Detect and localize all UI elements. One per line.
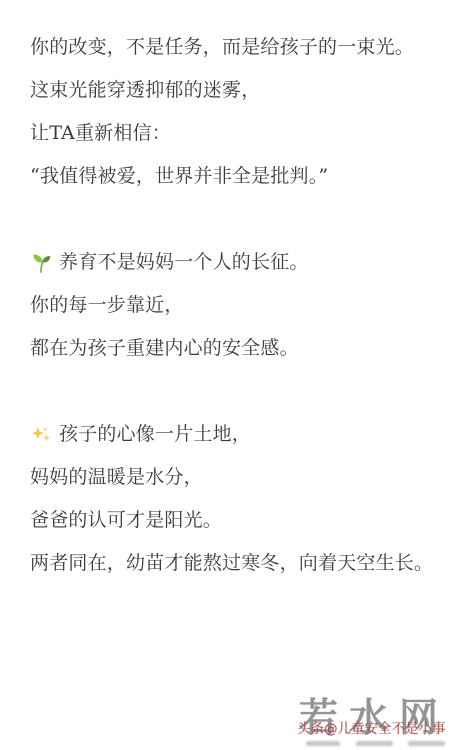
watermark-subtext-smudge [306, 741, 340, 746]
watermark-author-handle: 头条@儿童安全不是小事 [297, 721, 446, 737]
watermark: 若水网 头条@儿童安全不是小事 [0, 0, 450, 750]
watermark-subtext-smudge [356, 741, 393, 746]
watermark-subtext-smudge [408, 741, 445, 746]
